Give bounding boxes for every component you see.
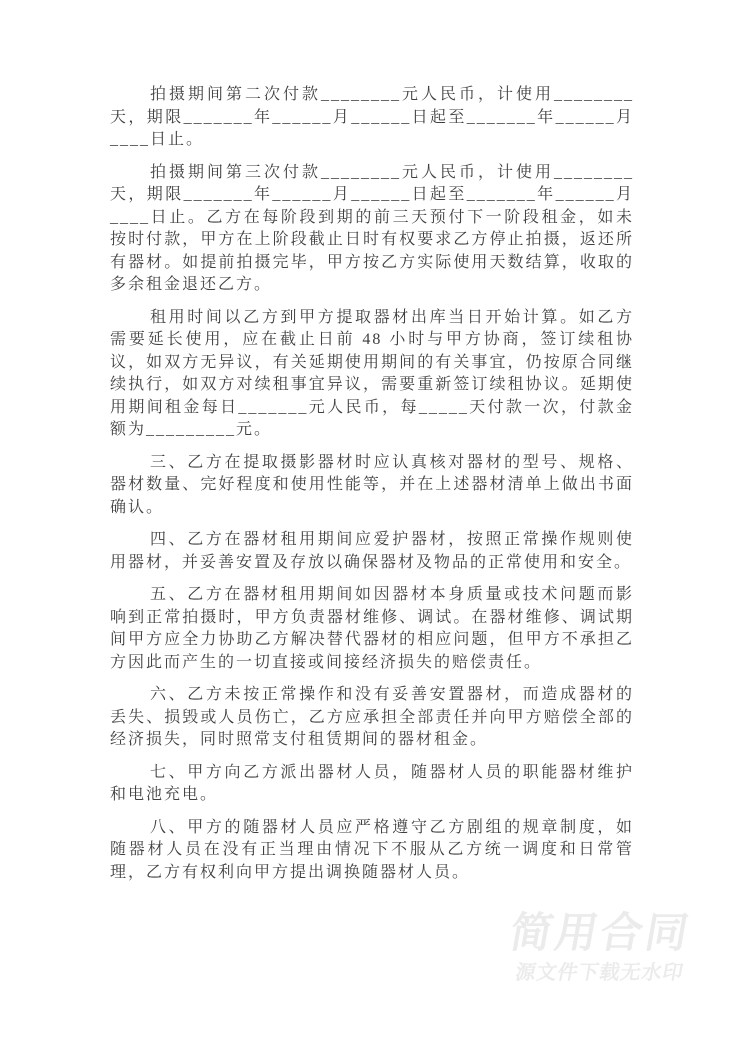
- watermark-subtitle: 源文件下载无水印: [502, 963, 686, 983]
- contract-paragraph: 拍摄期间第二次付款________元人民币，计使用________天，期限___…: [110, 84, 634, 152]
- contract-paragraph: 五、乙方在器材租用期间如因器材本身质量或技术问题而影响到正常拍摄时，甲方负责器材…: [110, 584, 634, 674]
- watermark: 简用合同 源文件下载无水印: [502, 912, 695, 983]
- contract-paragraph: 拍摄期间第三次付款________元人民币，计使用________天，期限___…: [110, 162, 634, 297]
- contract-paragraph: 七、甲方向乙方派出器材人员，随器材人员的职能器材维护和电池充电。: [110, 762, 634, 807]
- contract-page: 拍摄期间第二次付款________元人民币，计使用________天，期限___…: [0, 0, 742, 1049]
- contract-paragraph: 六、乙方未按正常操作和没有妥善安置器材，而造成器材的丢失、损毁或人员伤亡，乙方应…: [110, 684, 634, 752]
- contract-paragraph: 三、乙方在提取摄影器材时应认真核对器材的型号、规格、器材数量、完好程度和使用性能…: [110, 452, 634, 520]
- contract-paragraph: 八、甲方的随器材人员应严格遵守乙方剧组的规章制度，如随器材人员在没有正当理由情况…: [110, 817, 634, 885]
- contract-paragraph: 租用时间以乙方到甲方提取器材出库当日开始计算。如乙方需要延长使用，应在截止日前 …: [110, 307, 634, 442]
- contract-paragraph: 四、乙方在器材租用期间应爱护器材，按照正常操作规则使用器材，并妥善安置及存放以确…: [110, 529, 634, 574]
- watermark-title: 简用合同: [507, 912, 694, 954]
- contract-body: 拍摄期间第二次付款________元人民币，计使用________天，期限___…: [110, 84, 634, 894]
